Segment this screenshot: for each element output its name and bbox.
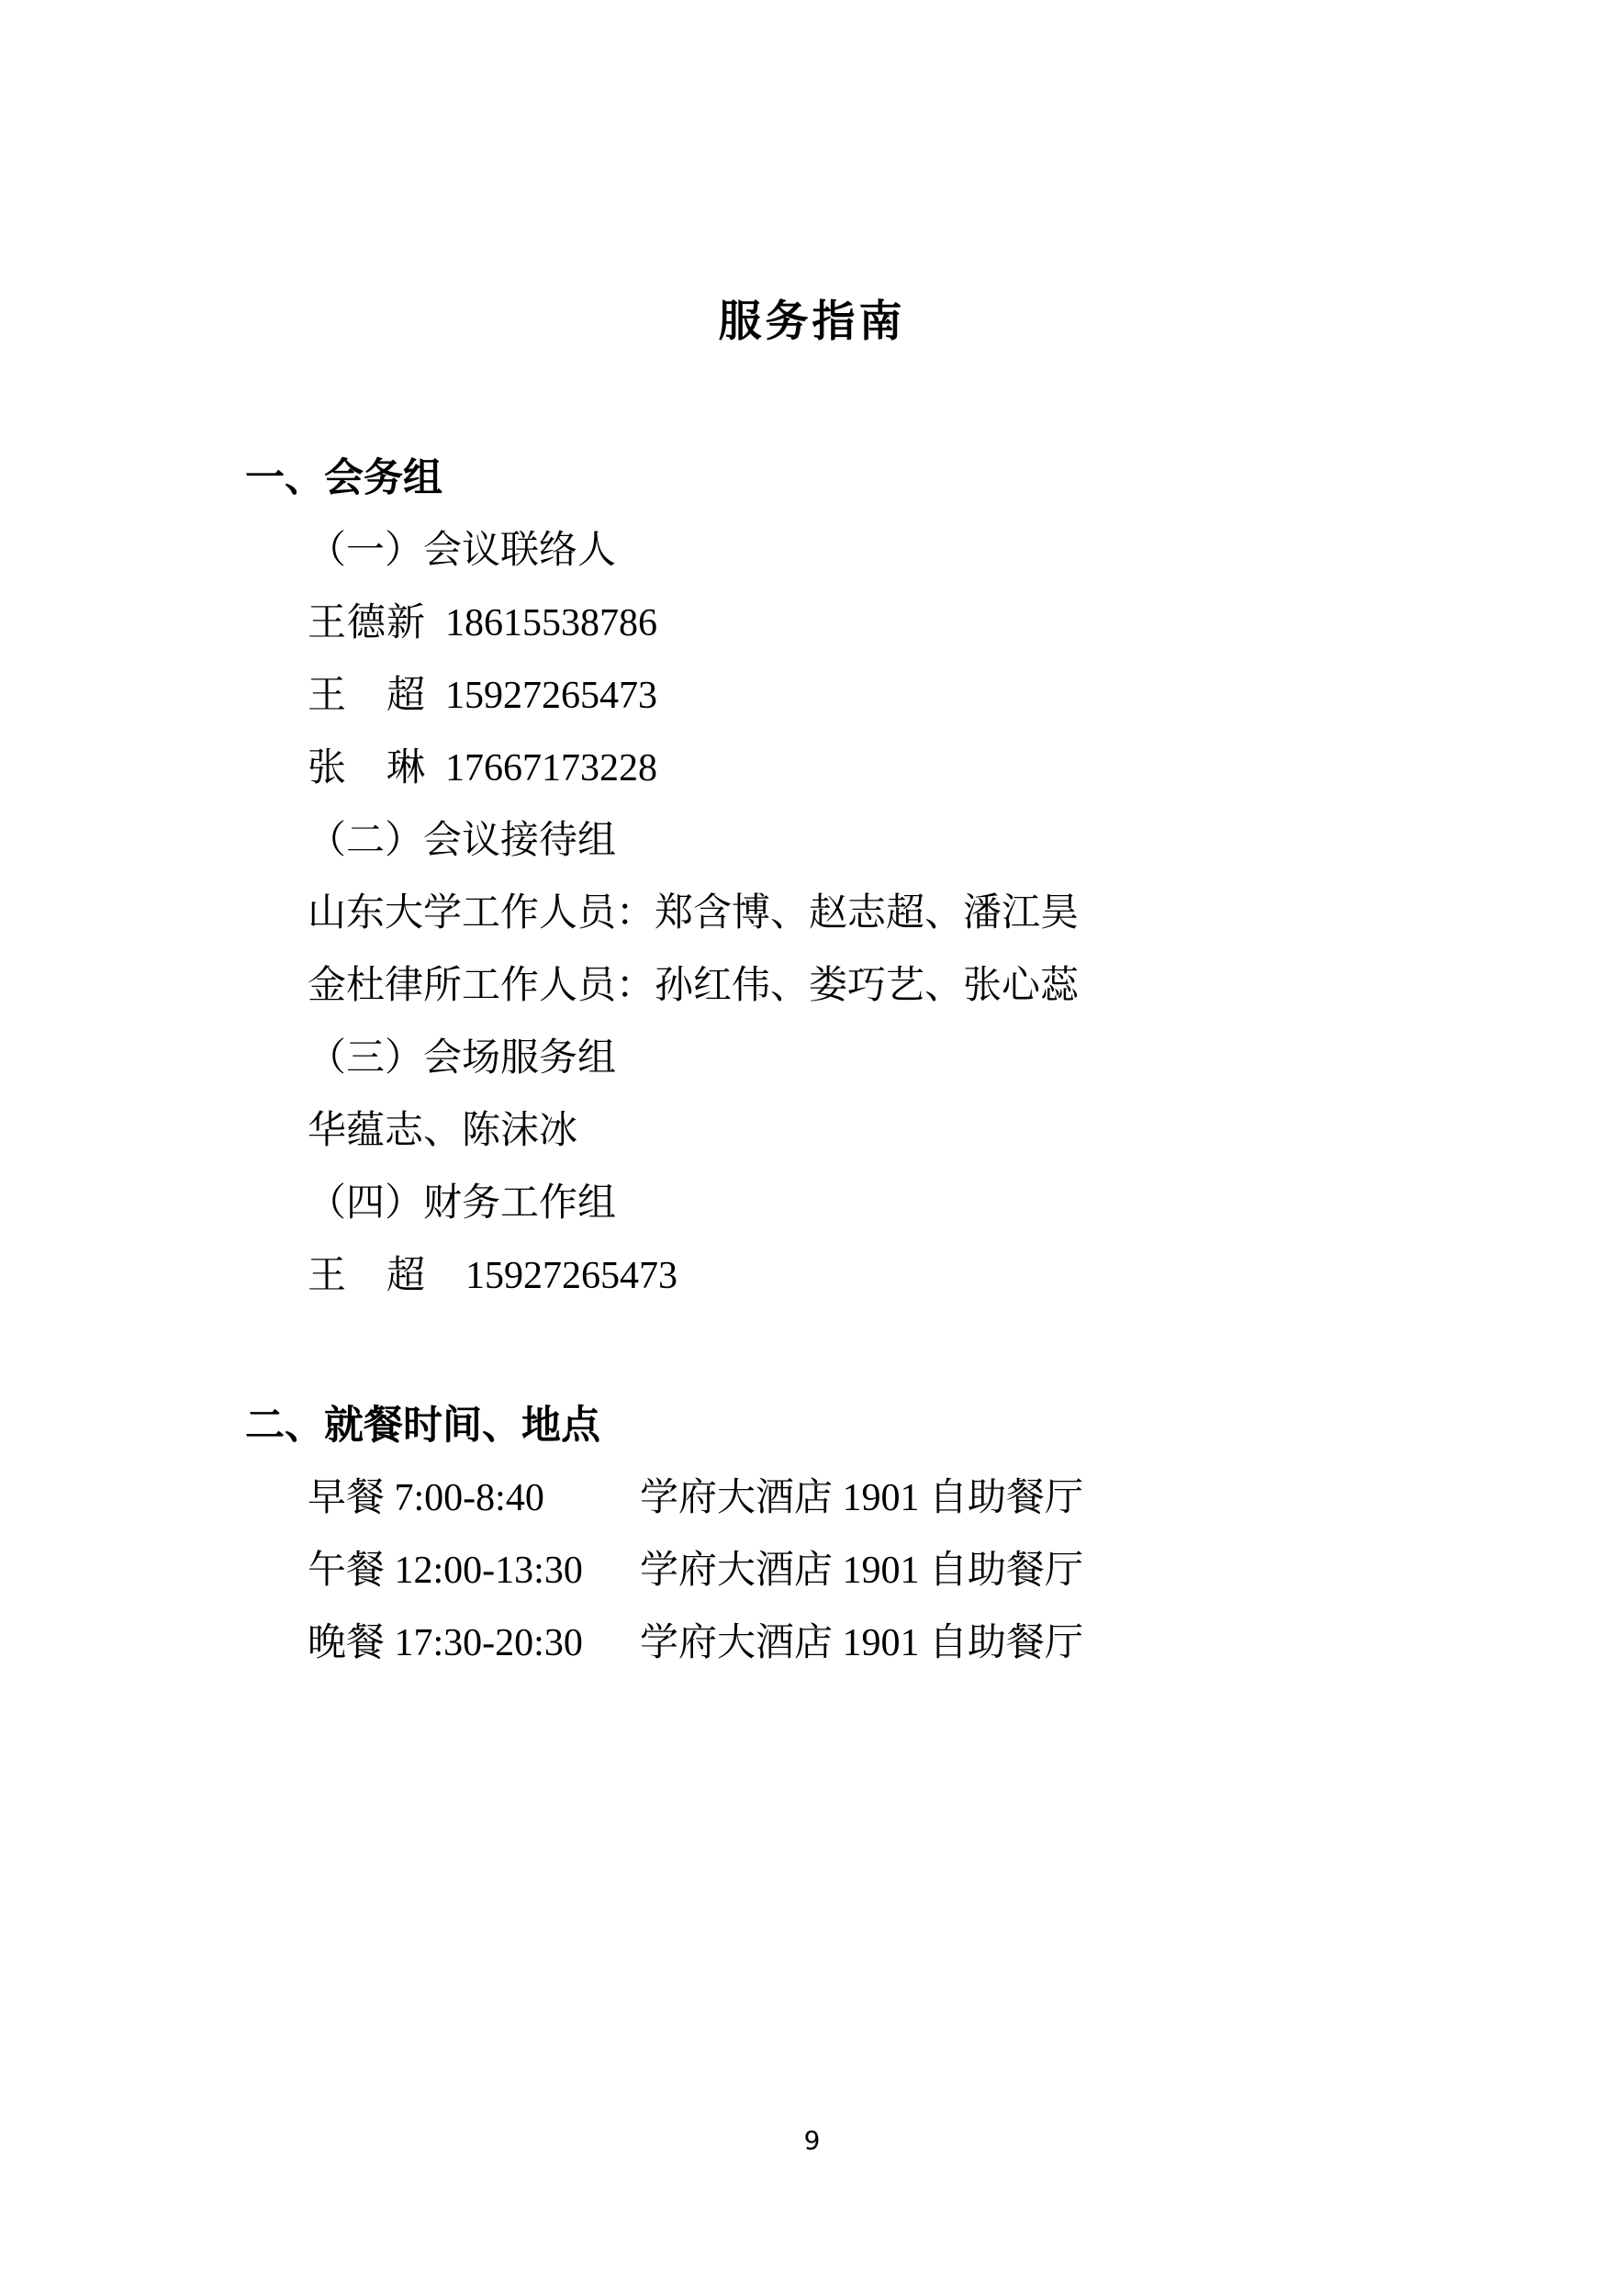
meal-row: 晚餐 17:30-20:30学府大酒店 1901 自助餐厅 xyxy=(245,1607,1551,1680)
section1-heading: 一、会务组 xyxy=(245,442,1551,515)
meal-location: 学府大酒店 1901 自助餐厅 xyxy=(640,1550,1083,1592)
reception-staff-line: 金杜律所工作人员：孙红伟、娄巧艺、张心蕊 xyxy=(245,950,1551,1023)
meal-row: 午餐 12:00-13:30学府大酒店 1901 自助餐厅 xyxy=(245,1535,1551,1607)
reception-staff-line: 山东大学工作人员：郑含博、赵志超、潘江昊 xyxy=(245,878,1551,950)
contact-phone: 15927265473 xyxy=(465,1255,678,1297)
page-title: 服务指南 xyxy=(0,296,1624,349)
meal-label: 午餐 xyxy=(308,1550,385,1592)
contact-phone: 18615538786 xyxy=(445,602,657,644)
document-body: 一、会务组 （一）会议联络人 王德新18615538786 王超15927265… xyxy=(245,442,1551,1680)
meal-location: 学府大酒店 1901 自助餐厅 xyxy=(640,1477,1083,1519)
meal-time: 7:00-8:40 xyxy=(395,1477,544,1519)
page-number: 9 xyxy=(0,2124,1624,2157)
meal-location: 学府大酒店 1901 自助餐厅 xyxy=(640,1622,1083,1664)
sub-heading-contacts: （一）会议联络人 xyxy=(245,515,1551,588)
sub-heading-reception: （二）会议接待组 xyxy=(245,805,1551,878)
meal-time-cell: 晚餐 17:30-20:30 xyxy=(308,1607,640,1680)
contact-name: 王德新 xyxy=(308,588,425,660)
meal-time-cell: 早餐 7:00-8:40 xyxy=(308,1462,640,1535)
contact-name: 王超 xyxy=(308,1240,425,1313)
venue-staff-line: 华蕴志、陈沫冰 xyxy=(245,1095,1551,1168)
contact-row: 王超15927265473 xyxy=(245,660,1551,733)
section2-heading: 二、就餐时间、地点 xyxy=(245,1390,1551,1462)
sub-heading-finance: （四）财务工作组 xyxy=(245,1168,1551,1240)
meal-time-cell: 午餐 12:00-13:30 xyxy=(308,1535,640,1607)
contact-name: 王超 xyxy=(308,660,425,733)
meal-time: 17:30-20:30 xyxy=(395,1622,583,1664)
contact-phone: 15927265473 xyxy=(445,675,657,717)
meal-time: 12:00-13:30 xyxy=(395,1550,583,1592)
contact-row: 王德新18615538786 xyxy=(245,588,1551,660)
document-page: 服务指南 一、会务组 （一）会议联络人 王德新18615538786 王超159… xyxy=(0,0,1624,2295)
finance-contact-row: 王超15927265473 xyxy=(245,1240,1551,1313)
contact-name: 张琳 xyxy=(308,733,425,805)
meal-row: 早餐 7:00-8:40学府大酒店 1901 自助餐厅 xyxy=(245,1462,1551,1535)
meal-label: 早餐 xyxy=(308,1477,385,1519)
meal-label: 晚餐 xyxy=(308,1622,385,1664)
contact-phone: 17667173228 xyxy=(445,747,657,789)
sub-heading-venue-service: （三）会场服务组 xyxy=(245,1023,1551,1095)
contact-row: 张琳17667173228 xyxy=(245,733,1551,805)
section-gap xyxy=(245,1313,1551,1390)
